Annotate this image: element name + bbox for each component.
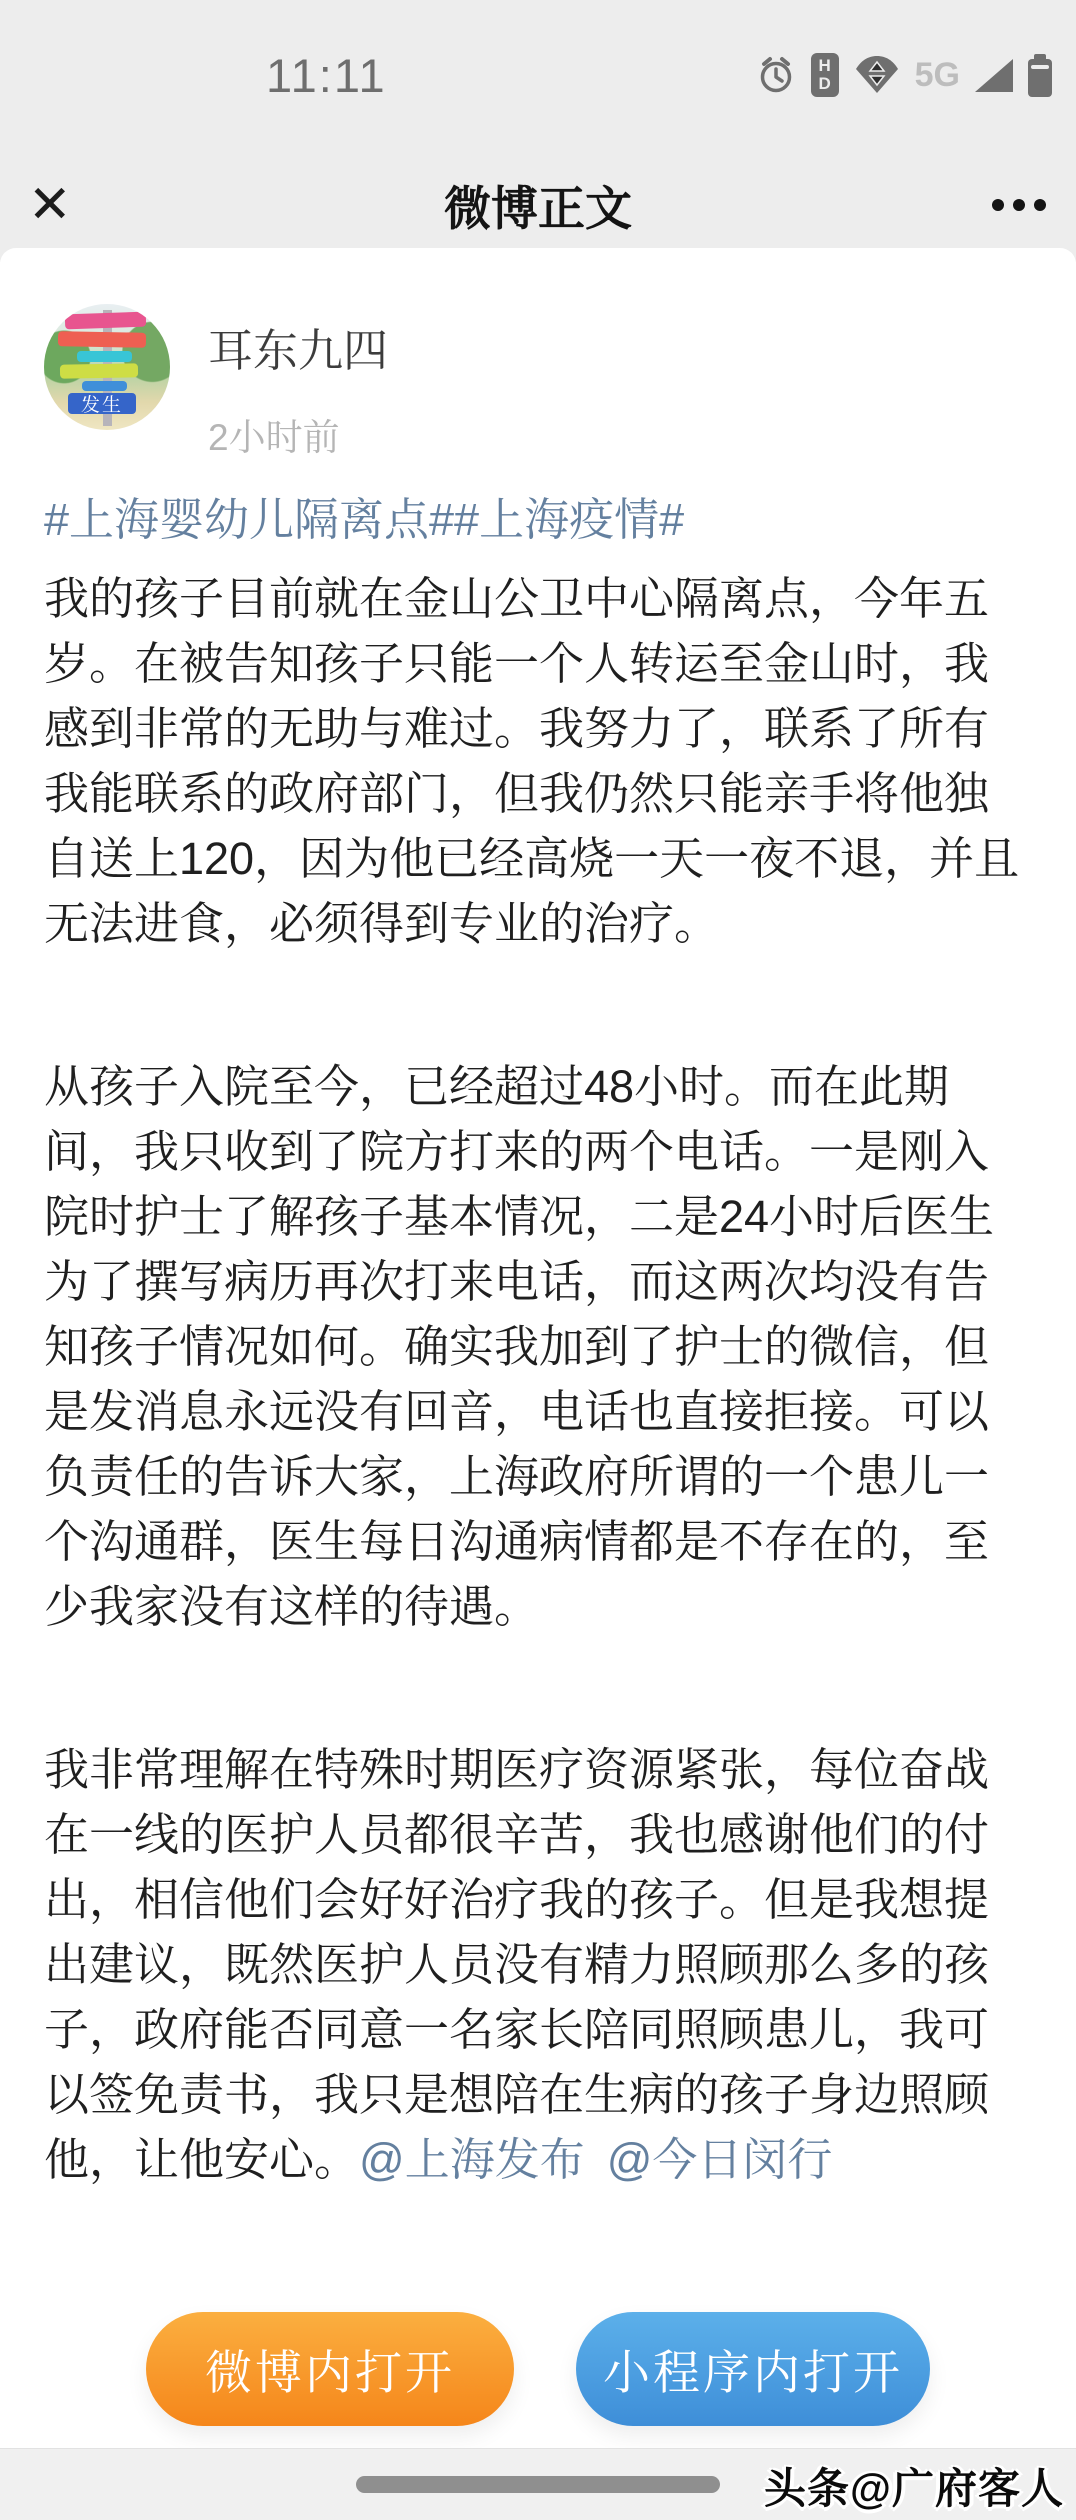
volte-hd-icon: HD bbox=[811, 53, 839, 97]
hashtag-line: #上海婴幼儿隔离点##上海疫情# bbox=[44, 487, 1032, 552]
volte-hd-label: HD bbox=[818, 57, 832, 93]
author-row: 发生 耳东九四 2小时前 bbox=[44, 304, 1032, 461]
avatar[interactable]: 发生 bbox=[44, 304, 170, 430]
post-content: 发生 耳东九四 2小时前 #上海婴幼儿隔离点##上海疫情# 我的孩子目前就在金山… bbox=[0, 248, 1076, 2426]
avatar-signpost-art bbox=[77, 351, 132, 362]
phone-screen: 11:11 HD 5G bbox=[0, 0, 1076, 2520]
post-text: #上海婴幼儿隔离点##上海疫情# 我的孩子目前就在金山公卫中心隔离点，今年五岁。… bbox=[44, 487, 1032, 2192]
wifi-data-transfer-icon bbox=[854, 56, 900, 94]
bottom-bar: 头条@广府客人 bbox=[0, 2448, 1076, 2520]
mention-link[interactable]: @上海发布 bbox=[359, 2134, 585, 2185]
cellular-signal-icon bbox=[975, 59, 1013, 92]
post-paragraph: 我非常理解在特殊时期医疗资源紧张，每位奋战在一线的医护人员都很辛苦，我也感谢他们… bbox=[44, 1737, 1032, 2192]
status-bar: 11:11 HD 5G bbox=[0, 0, 1076, 150]
close-icon[interactable]: ✕ bbox=[28, 179, 72, 231]
status-icons: HD 5G bbox=[756, 53, 1052, 97]
status-time: 11:11 bbox=[266, 48, 387, 103]
home-indicator[interactable] bbox=[356, 2476, 720, 2493]
battery-icon bbox=[1028, 54, 1052, 97]
page-title: 微博正文 bbox=[444, 172, 632, 239]
network-type-label: 5G bbox=[915, 56, 960, 95]
alarm-clock-icon bbox=[756, 55, 796, 95]
more-menu-icon[interactable] bbox=[992, 199, 1046, 211]
watermark: 头条@广府客人 bbox=[764, 2456, 1064, 2516]
post-paragraph: 我的孩子目前就在金山公卫中心隔离点，今年五岁。在被告知孩子只能一个人转运至金山时… bbox=[44, 566, 1032, 956]
header: 11:11 HD 5G bbox=[0, 0, 1076, 262]
hashtag-link[interactable]: #上海婴幼儿隔离点##上海疫情# bbox=[44, 494, 684, 545]
open-in-miniprogram-button[interactable]: 小程序内打开 bbox=[576, 2312, 930, 2426]
avatar-signpost-art bbox=[65, 311, 146, 329]
avatar-signpost-art bbox=[58, 331, 146, 348]
avatar-sign-text: 发生 bbox=[81, 390, 123, 417]
mention-link[interactable]: @今日闵行 bbox=[607, 2134, 833, 2185]
avatar-signpost-art bbox=[60, 364, 138, 379]
author-meta: 耳东九四 2小时前 bbox=[208, 304, 388, 461]
avatar-signpost-art: 发生 bbox=[68, 393, 136, 413]
open-in-weibo-button[interactable]: 微博内打开 bbox=[146, 2312, 514, 2426]
post-timestamp: 2小时前 bbox=[208, 407, 388, 461]
post-paragraph: 从孩子入院至今，已经超过48小时。而在此期间，我只收到了院方打来的两个电话。一是… bbox=[44, 1054, 1032, 1639]
author-name[interactable]: 耳东九四 bbox=[208, 314, 388, 379]
paragraph-text: 我非常理解在特殊时期医疗资源紧张，每位奋战在一线的医护人员都很辛苦，我也感谢他们… bbox=[44, 1744, 989, 2185]
action-buttons: 微博内打开 小程序内打开 bbox=[44, 2312, 1032, 2426]
navbar: ✕ 微博正文 bbox=[0, 150, 1076, 260]
